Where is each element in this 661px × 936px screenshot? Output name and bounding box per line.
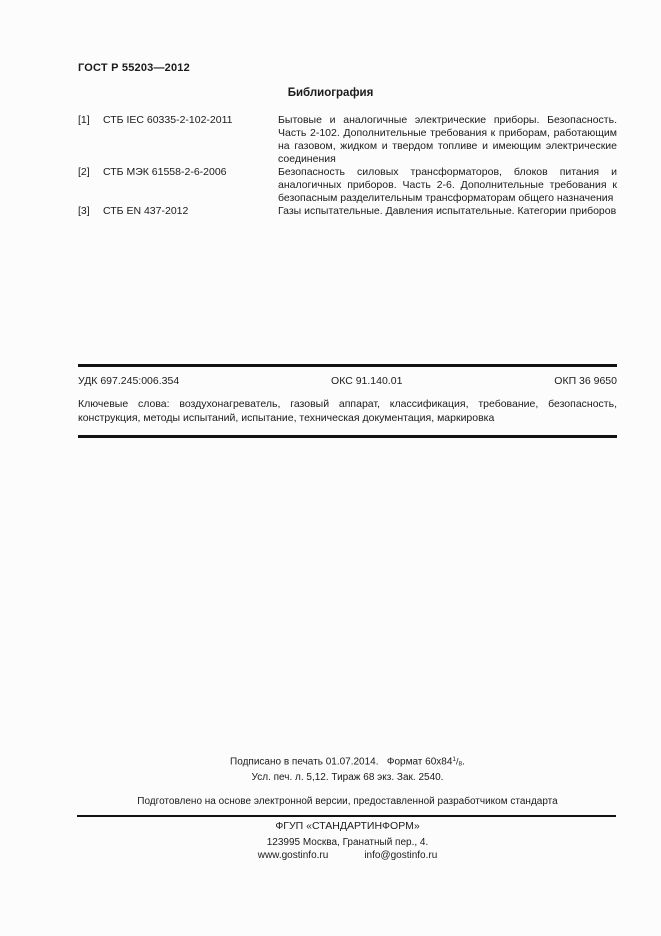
bibliography-entry: [2] СТБ МЭК 61558-2-6-2006 Безопасность …: [78, 166, 617, 205]
bib-entry-code: СТБ EN 437-2012: [103, 205, 278, 218]
horizontal-rule-top: [78, 364, 617, 367]
publisher-contacts: www.gostinfo.ru info@gostinfo.ru: [78, 849, 617, 862]
bib-entry-description: Бытовые и аналогичные электрические приб…: [278, 114, 617, 166]
bib-entry-description: Безопасность силовых трансформаторов, бл…: [278, 166, 617, 205]
bib-entry-description: Газы испытательные. Давления испытательн…: [278, 205, 617, 218]
oks-code: ОКС 91.140.01: [331, 375, 402, 388]
bibliography-entry: [1] СТБ IEC 60335-2-102-2011 Бытовые и а…: [78, 114, 617, 166]
publisher-website: www.gostinfo.ru: [258, 849, 329, 862]
prepared-note: Подготовлено на основе электронной верси…: [78, 795, 617, 808]
keywords-paragraph: Ключевые слова: воздухонагреватель, газо…: [78, 398, 617, 425]
classification-row: УДК 697.245:006.354 ОКС 91.140.01 ОКП 36…: [78, 375, 617, 388]
imprint-block: Подписано в печать 01.07.2014. Формат 60…: [78, 753, 617, 784]
imprint-print-line: Подписано в печать 01.07.2014. Формат 60…: [78, 753, 617, 771]
udk-code: УДК 697.245:006.354: [78, 375, 179, 388]
bib-entry-number: [2]: [78, 166, 103, 179]
publisher-name: ФГУП «СТАНДАРТИНФОРМ»: [78, 820, 617, 833]
document-page: ГОСТ Р 55203—2012 Библиография [1] СТБ I…: [0, 0, 661, 936]
bibliography-list: [1] СТБ IEC 60335-2-102-2011 Бытовые и а…: [78, 114, 617, 218]
bib-entry-number: [3]: [78, 205, 103, 218]
imprint-edition-line: Усл. печ. л. 5,12. Тираж 68 экз. Зак. 25…: [78, 771, 617, 784]
horizontal-rule-publisher: [77, 815, 616, 817]
imprint-print-text: Подписано в печать 01.07.2014. Формат 60…: [230, 757, 452, 768]
publisher-address: 123995 Москва, Гранатный пер., 4.: [78, 836, 617, 849]
bibliography-entry: [3] СТБ EN 437-2012 Газы испытательные. …: [78, 205, 617, 218]
horizontal-rule-keywords: [78, 435, 617, 438]
bib-entry-code: СТБ МЭК 61558-2-6-2006: [103, 166, 278, 179]
bib-entry-number: [1]: [78, 114, 103, 127]
page-title: Библиография: [0, 87, 661, 100]
publisher-email: info@gostinfo.ru: [364, 849, 437, 862]
imprint-print-period: .: [462, 757, 465, 768]
okp-code: ОКП 36 9650: [554, 375, 617, 388]
bib-entry-code: СТБ IEC 60335-2-102-2011: [103, 114, 278, 127]
document-code: ГОСТ Р 55203—2012: [78, 62, 190, 75]
